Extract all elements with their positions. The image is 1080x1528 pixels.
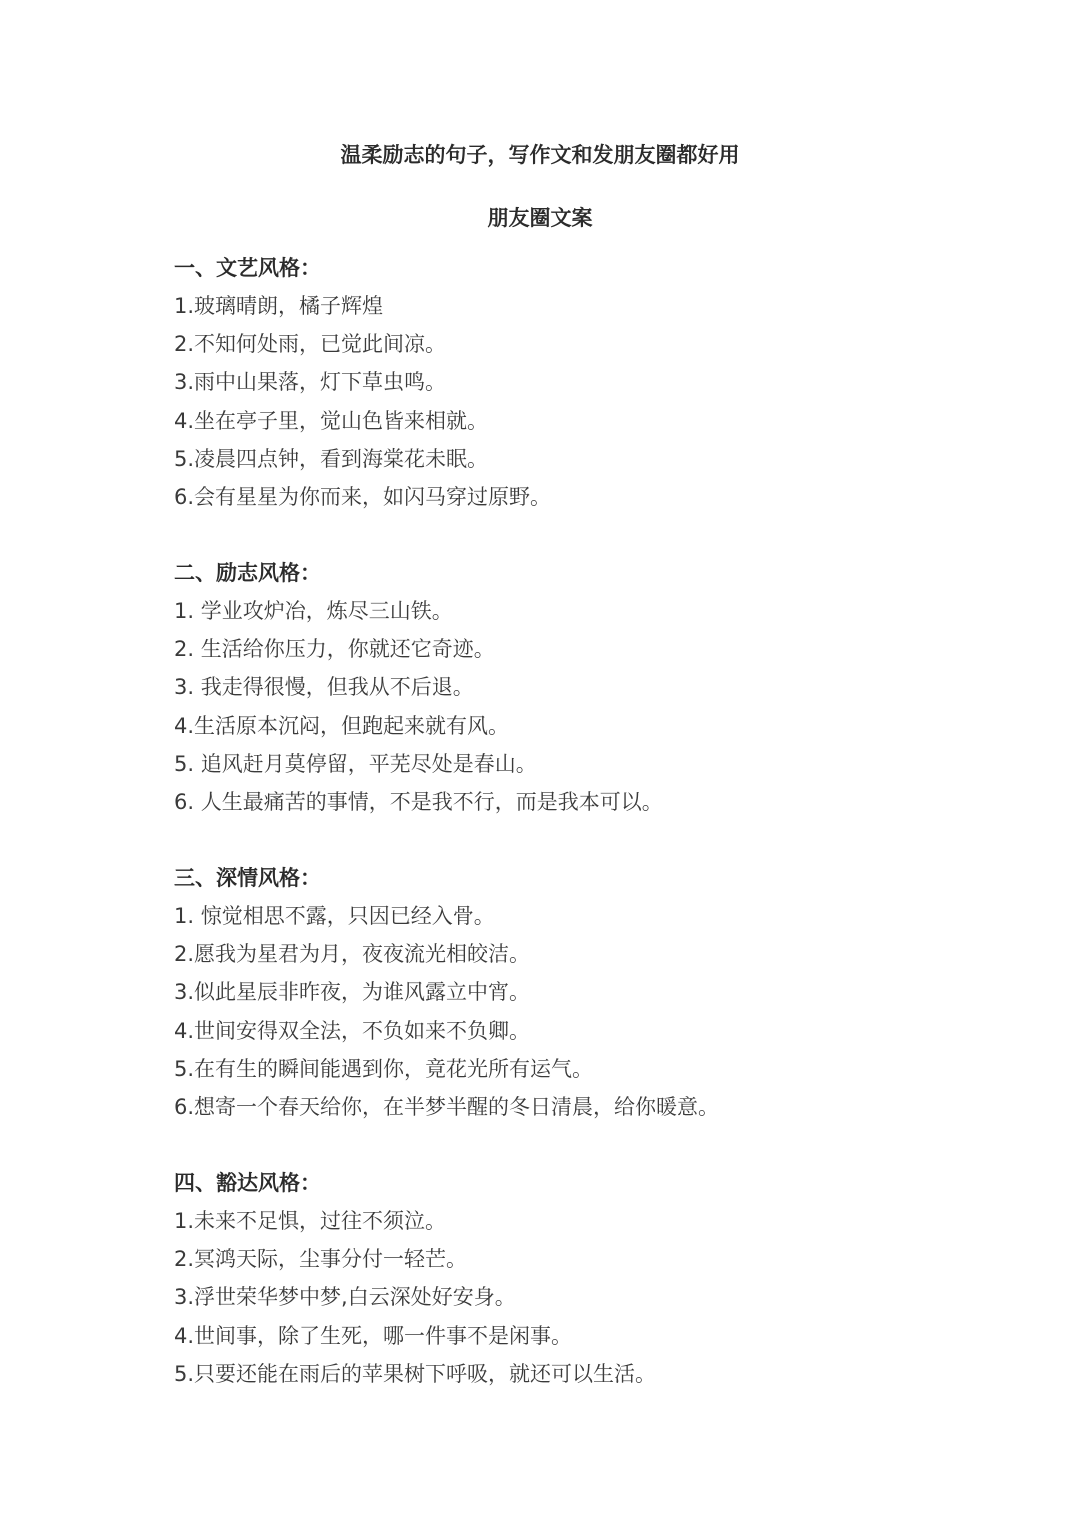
- list-item: 4.坐在亭子里，觉山色皆来相就。: [174, 402, 974, 440]
- list-item: 6.会有星星为你而来，如闪马穿过原野。: [174, 478, 974, 516]
- list-item: 4.生活原本沉闷，但跑起来就有风。: [174, 707, 974, 745]
- list-item: 5.凌晨四点钟，看到海棠花未眠。: [174, 440, 974, 478]
- section-heading: 四、豁达风格：: [174, 1164, 974, 1202]
- list-item: 3.雨中山果落，灯下草虫鸣。: [174, 363, 974, 401]
- list-item: 3. 我走得很慢，但我从不后退。: [174, 668, 974, 706]
- section-heading: 三、深情风格：: [174, 859, 974, 897]
- list-item: 2.不知何处雨，已觉此间凉。: [174, 325, 974, 363]
- list-item: 5. 追风赶月莫停留，平芜尽处是春山。: [174, 745, 974, 783]
- document-subtitle: 朋友圈文案: [0, 203, 1080, 233]
- section-heading: 二、励志风格：: [174, 554, 974, 592]
- section-heading: 一、文艺风格：: [174, 249, 974, 287]
- list-item: 1.未来不足惧，过往不须泣。: [174, 1202, 974, 1240]
- list-item: 1. 惊觉相思不露，只因已经入骨。: [174, 897, 974, 935]
- document-title: 温柔励志的句子，写作文和发朋友圈都好用: [0, 140, 1080, 170]
- section-affectionate-style: 三、深情风格： 1. 惊觉相思不露，只因已经入骨。 2.愿我为星君为月，夜夜流光…: [174, 859, 974, 1126]
- list-item: 1.玻璃晴朗，橘子辉煌: [174, 287, 974, 325]
- section-open-minded-style: 四、豁达风格： 1.未来不足惧，过往不须泣。 2.冥鸿天际，尘事分付一轻芒。 3…: [174, 1164, 974, 1393]
- list-item: 1. 学业攻炉冶，炼尽三山铁。: [174, 592, 974, 630]
- list-item: 6.想寄一个春天给你，在半梦半醒的冬日清晨，给你暖意。: [174, 1088, 974, 1126]
- section-literary-style: 一、文艺风格： 1.玻璃晴朗，橘子辉煌 2.不知何处雨，已觉此间凉。 3.雨中山…: [174, 249, 974, 516]
- list-item: 5.只要还能在雨后的苹果树下呼吸，就还可以生活。: [174, 1355, 974, 1393]
- list-item: 5.在有生的瞬间能遇到你，竟花光所有运气。: [174, 1050, 974, 1088]
- list-item: 3.似此星辰非昨夜，为谁风露立中宵。: [174, 973, 974, 1011]
- list-item: 6. 人生最痛苦的事情，不是我不行，而是我本可以。: [174, 783, 974, 821]
- section-inspirational-style: 二、励志风格： 1. 学业攻炉冶，炼尽三山铁。 2. 生活给你压力，你就还它奇迹…: [174, 554, 974, 821]
- list-item: 2.愿我为星君为月，夜夜流光相皎洁。: [174, 935, 974, 973]
- list-item: 2.冥鸿天际，尘事分付一轻芒。: [174, 1240, 974, 1278]
- list-item: 4.世间安得双全法，不负如来不负卿。: [174, 1012, 974, 1050]
- list-item: 3.浮世荣华梦中梦,白云深处好安身。: [174, 1278, 974, 1316]
- list-item: 4.世间事，除了生死，哪一件事不是闲事。: [174, 1317, 974, 1355]
- list-item: 2. 生活给你压力，你就还它奇迹。: [174, 630, 974, 668]
